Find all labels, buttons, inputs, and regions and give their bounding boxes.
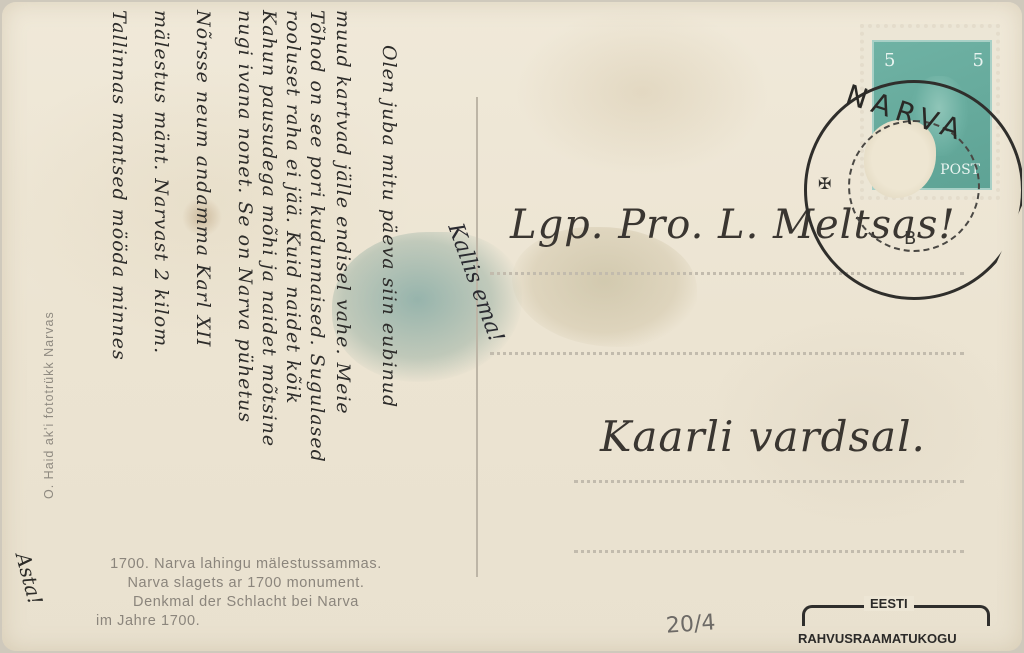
corner-signature: Asta! bbox=[11, 550, 48, 607]
message-line: nugi ivana nonet. Se on Narva pühetus bbox=[234, 10, 256, 423]
message-line: mälestus mänt. Narvast 2 kilom. bbox=[150, 10, 172, 354]
library-stamp: EESTI RAHVUSRAAMATUKOGU bbox=[798, 594, 988, 646]
caption-line-swedish: Narva slagets ar 1700 monument. bbox=[46, 574, 446, 593]
caption-line-german: Denkmal der Schlacht bei Narva bbox=[46, 593, 446, 612]
postcard-back: O. Haid ak'i fototrükk Narvas Tallinnas … bbox=[2, 2, 1022, 651]
recipient-address: Kaarli vardsal. bbox=[600, 412, 926, 461]
caption-line-estonian: 1700. Narva lahingu mälestussammas. bbox=[46, 555, 446, 574]
stamp-value-right: 5 bbox=[973, 50, 984, 71]
message-line: muud kartvad jälle endisel vahe. Meie bbox=[332, 10, 354, 415]
handwritten-message: Tallinnas mantsed mööda minnes mälestus … bbox=[100, 10, 472, 650]
message-line: Nõrsse neum andamma Karl XII bbox=[192, 10, 214, 347]
postmark-letter: B bbox=[904, 228, 916, 249]
address-line-2 bbox=[490, 352, 964, 355]
message-line: Kahun pausudega mõhi ja naidet mõtsine bbox=[258, 10, 280, 447]
library-stamp-top: EESTI bbox=[864, 596, 914, 611]
message-line: Tõhod on see pori kudunnaised. Sugulased bbox=[306, 10, 328, 463]
message-line: rooluset raha ei jää. Kuid naidet kõik bbox=[282, 10, 304, 405]
address-line-4 bbox=[574, 550, 964, 553]
pencil-note: 20/4 bbox=[665, 610, 716, 638]
message-line: Tallinnas mantsed mööda minnes bbox=[108, 10, 130, 361]
vertical-divider bbox=[476, 97, 478, 577]
stamp-value-left: 5 bbox=[884, 50, 895, 71]
address-line-3 bbox=[574, 480, 964, 483]
printed-caption: 1700. Narva lahingu mälestussammas. Narv… bbox=[46, 555, 446, 631]
library-stamp-bottom: RAHVUSRAAMATUKOGU bbox=[798, 631, 957, 646]
caption-line-german-2: im Jahre 1700. bbox=[46, 612, 446, 631]
cross-icon: ✠ bbox=[818, 174, 831, 194]
publisher-imprint: O. Haid ak'i fototrükk Narvas bbox=[42, 311, 56, 499]
message-line: Olen juba mitu päeva siin eubinud bbox=[378, 45, 400, 408]
